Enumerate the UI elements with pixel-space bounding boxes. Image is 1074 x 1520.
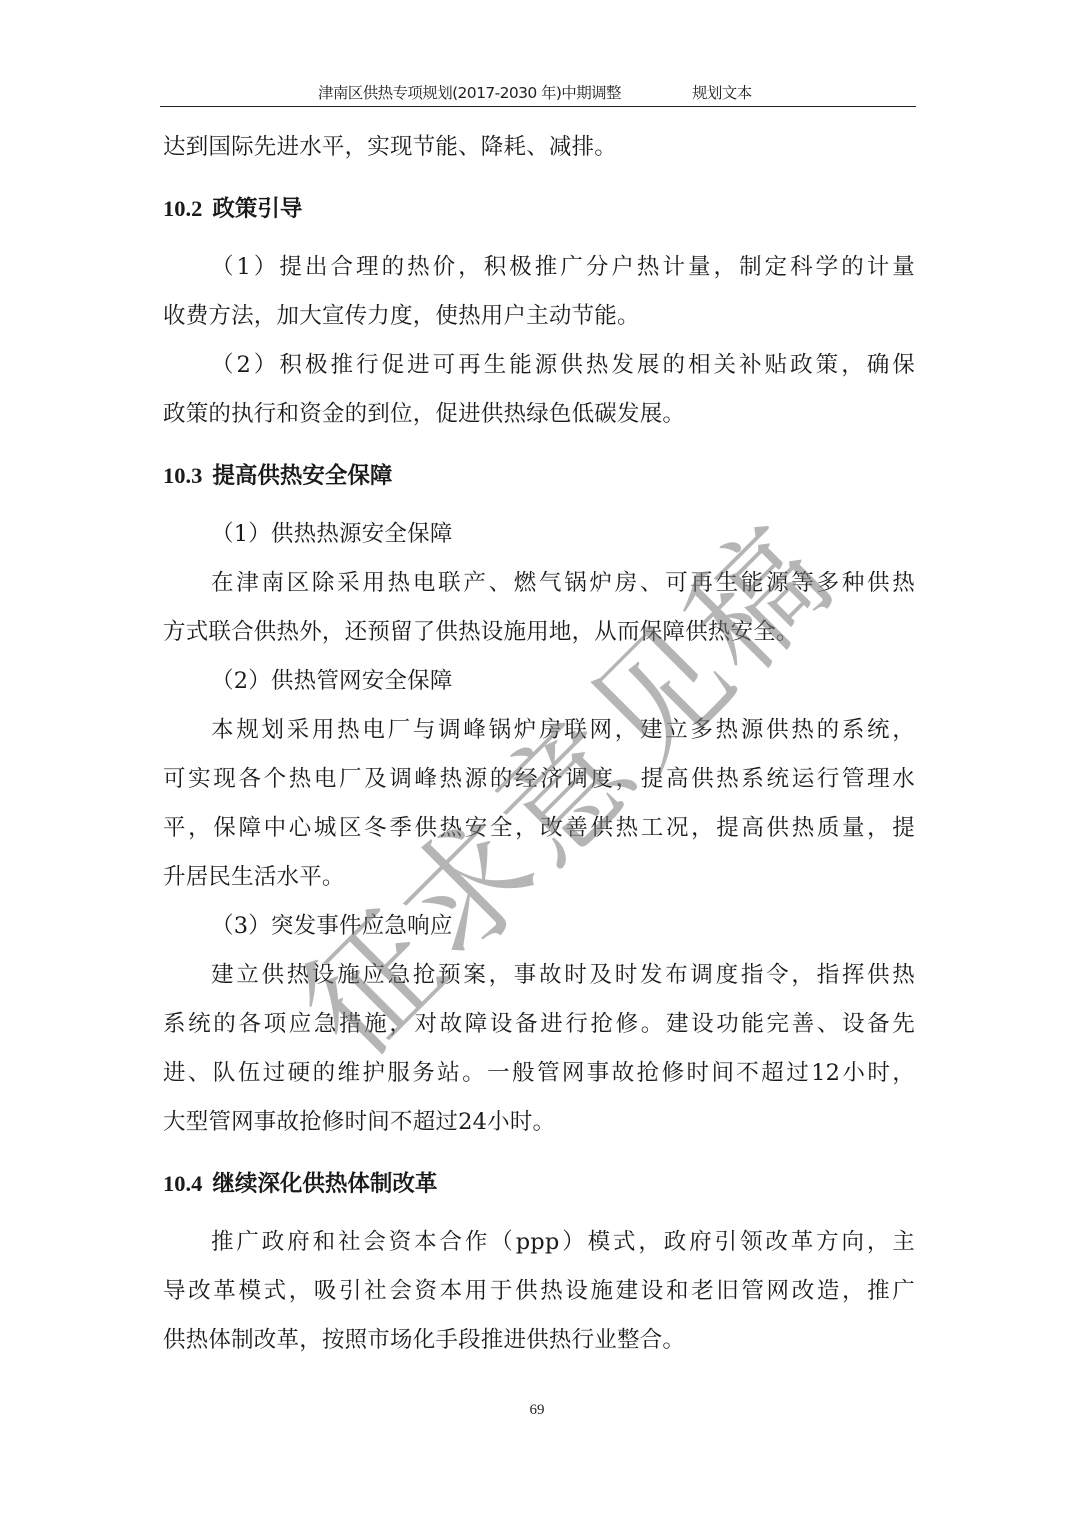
document-title: 津南区供热专项规划(2017-2030 年)中期调整 bbox=[318, 81, 621, 103]
subsection-title: （1）供热热源安全保障 bbox=[163, 510, 915, 559]
subsection-emergency-response: （3）突发事件应急响应 建立供热设施应急抢预案，事故时及时发布调度指令，指挥供热… bbox=[163, 902, 915, 1147]
subsection-heat-source: （1）供热热源安全保障 在津南区除采用热电联产、燃气锅炉房、可再生能源等多种供热… bbox=[163, 510, 915, 657]
page-header: 津南区供热专项规划(2017-2030 年)中期调整 规划文本 bbox=[160, 78, 916, 107]
paragraph-line: 政策的执行和资金的到位，促进供热绿色低碳发展。 bbox=[163, 390, 915, 439]
paragraph-line: 进、队伍过硬的维护服务站。一般管网事故抢修时间不超过12小时， bbox=[163, 1049, 915, 1098]
page-number: 69 bbox=[0, 1402, 1074, 1419]
section-number: 10.4 bbox=[163, 1171, 202, 1196]
section-heading-10-3: 10.3提高供热安全保障 bbox=[163, 451, 915, 500]
paragraph: （2）积极推行促进可再生能源供热发展的相关补贴政策，确保 政策的执行和资金的到位… bbox=[163, 341, 915, 439]
paragraph-line: （2）积极推行促进可再生能源供热发展的相关补贴政策，确保 bbox=[163, 341, 915, 390]
paragraph-line: 方式联合供热外，还预留了供热设施用地，从而保障供热安全。 bbox=[163, 608, 915, 657]
paragraph-line: 收费方法，加大宣传力度，使热用户主动节能。 bbox=[163, 292, 915, 341]
section-heading-10-4: 10.4继续深化供热体制改革 bbox=[163, 1159, 915, 1208]
paragraph-line: 可实现各个热电厂及调峰热源的经济调度，提高供热系统运行管理水 bbox=[163, 755, 915, 804]
page-content: 达到国际先进水平，实现节能、降耗、减排。 10.2政策引导 （1）提出合理的热价… bbox=[163, 123, 915, 1365]
section-title: 继续深化供热体制改革 bbox=[212, 1171, 437, 1196]
paragraph-line: 大型管网事故抢修时间不超过24小时。 bbox=[163, 1098, 915, 1147]
subsection-pipe-network: （2）供热管网安全保障 本规划采用热电厂与调峰锅炉房联网，建立多热源供热的系统，… bbox=[163, 657, 915, 902]
continuation-line: 达到国际先进水平，实现节能、降耗、减排。 bbox=[163, 123, 915, 172]
paragraph-line: 系统的各项应急措施，对故障设备进行抢修。建设功能完善、设备先 bbox=[163, 1000, 915, 1049]
paragraph-line: 在津南区除采用热电联产、燃气锅炉房、可再生能源等多种供热 bbox=[163, 559, 915, 608]
paragraph-line: 本规划采用热电厂与调峰锅炉房联网，建立多热源供热的系统， bbox=[163, 706, 915, 755]
paragraph-line: （1）提出合理的热价，积极推广分户热计量，制定科学的计量 bbox=[163, 243, 915, 292]
paragraph: 推广政府和社会资本合作（ppp）模式，政府引领改革方向，主 导改革模式，吸引社会… bbox=[163, 1218, 915, 1365]
paragraph-line: 导改革模式，吸引社会资本用于供热设施建设和老旧管网改造，推广 bbox=[163, 1267, 915, 1316]
section-number: 10.3 bbox=[163, 463, 202, 488]
paragraph-line: 建立供热设施应急抢预案，事故时及时发布调度指令，指挥供热 bbox=[163, 951, 915, 1000]
paragraph-line: 推广政府和社会资本合作（ppp）模式，政府引领改革方向，主 bbox=[163, 1218, 915, 1267]
subsection-title: （3）突发事件应急响应 bbox=[163, 902, 915, 951]
subsection-title: （2）供热管网安全保障 bbox=[163, 657, 915, 706]
paragraph-line: 供热体制改革，按照市场化手段推进供热行业整合。 bbox=[163, 1316, 915, 1365]
paragraph: （1）提出合理的热价，积极推广分户热计量，制定科学的计量 收费方法，加大宣传力度… bbox=[163, 243, 915, 341]
section-heading-10-2: 10.2政策引导 bbox=[163, 184, 915, 233]
section-title: 提高供热安全保障 bbox=[212, 463, 392, 488]
section-number: 10.2 bbox=[163, 196, 202, 221]
paragraph-line: 升居民生活水平。 bbox=[163, 853, 915, 902]
document-type: 规划文本 bbox=[692, 81, 752, 103]
section-title: 政策引导 bbox=[212, 196, 302, 221]
paragraph-line: 平，保障中心城区冬季供热安全，改善供热工况，提高供热质量，提 bbox=[163, 804, 915, 853]
